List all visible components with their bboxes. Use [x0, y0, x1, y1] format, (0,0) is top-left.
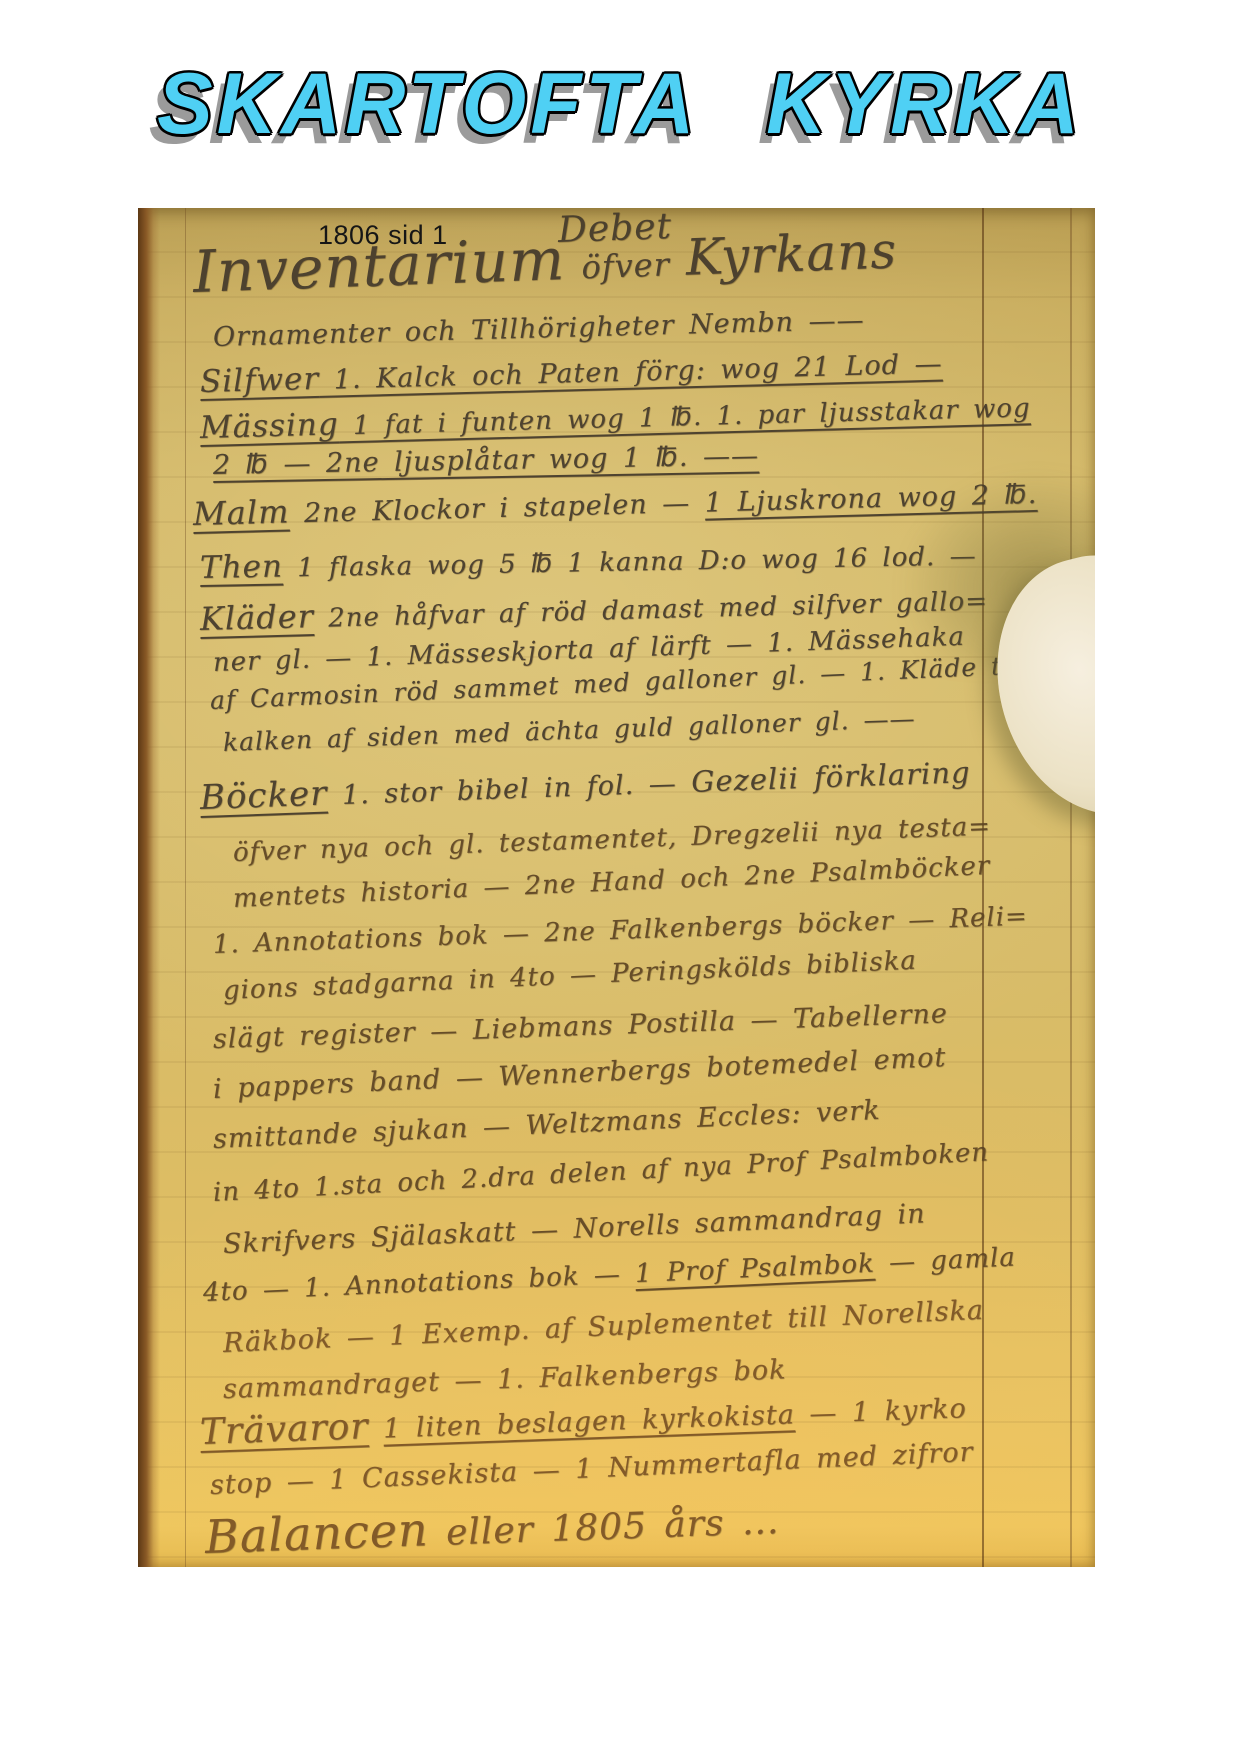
ledger-rule-line-2 — [1070, 208, 1072, 1567]
manuscript-line: Ornamenter och Tillhörigheter Nembn —— — [213, 305, 865, 353]
manuscript-line: Balancen eller 1805 års ... — [204, 1490, 780, 1564]
photo-label: 1806 sid 1 — [318, 220, 448, 251]
manuscript-line: Inventarium öfver Kyrkans — [192, 213, 898, 306]
manuscript-photo: DebetInventarium öfver KyrkansOrnamenter… — [138, 208, 1095, 1567]
manuscript-line: Böcker 1. stor bibel in fol. — Gezelii f… — [199, 751, 971, 818]
manuscript-line: kalken af siden med ächta guld galloner … — [222, 704, 915, 757]
manuscript-line: 2 ℔ — 2ne ljusplåtar wog 1 ℔. —— — [213, 440, 760, 481]
manuscript-line: Silfwer 1. Kalck och Paten förg: wog 21 … — [200, 345, 943, 400]
page-title: SKARTOFTA KYRKA — [0, 54, 1240, 153]
manuscript-line: Mässing 1 fat i funten wog 1 ℔. 1. par l… — [200, 388, 1031, 446]
manuscript-line: Räkbok — 1 Exemp. af Suplementet till No… — [222, 1295, 984, 1359]
manuscript-line: smittande sjukan — Weltzmans Eccles: ver… — [212, 1095, 881, 1155]
manuscript-line: i pappers band — Wennerbergs botemedel e… — [212, 1042, 947, 1105]
manuscript-line: Then 1 flaska wog 5 ℔ 1 kanna D:o wog 16… — [200, 536, 977, 586]
book-edge — [138, 208, 160, 1567]
margin-rule-line — [185, 208, 186, 1567]
